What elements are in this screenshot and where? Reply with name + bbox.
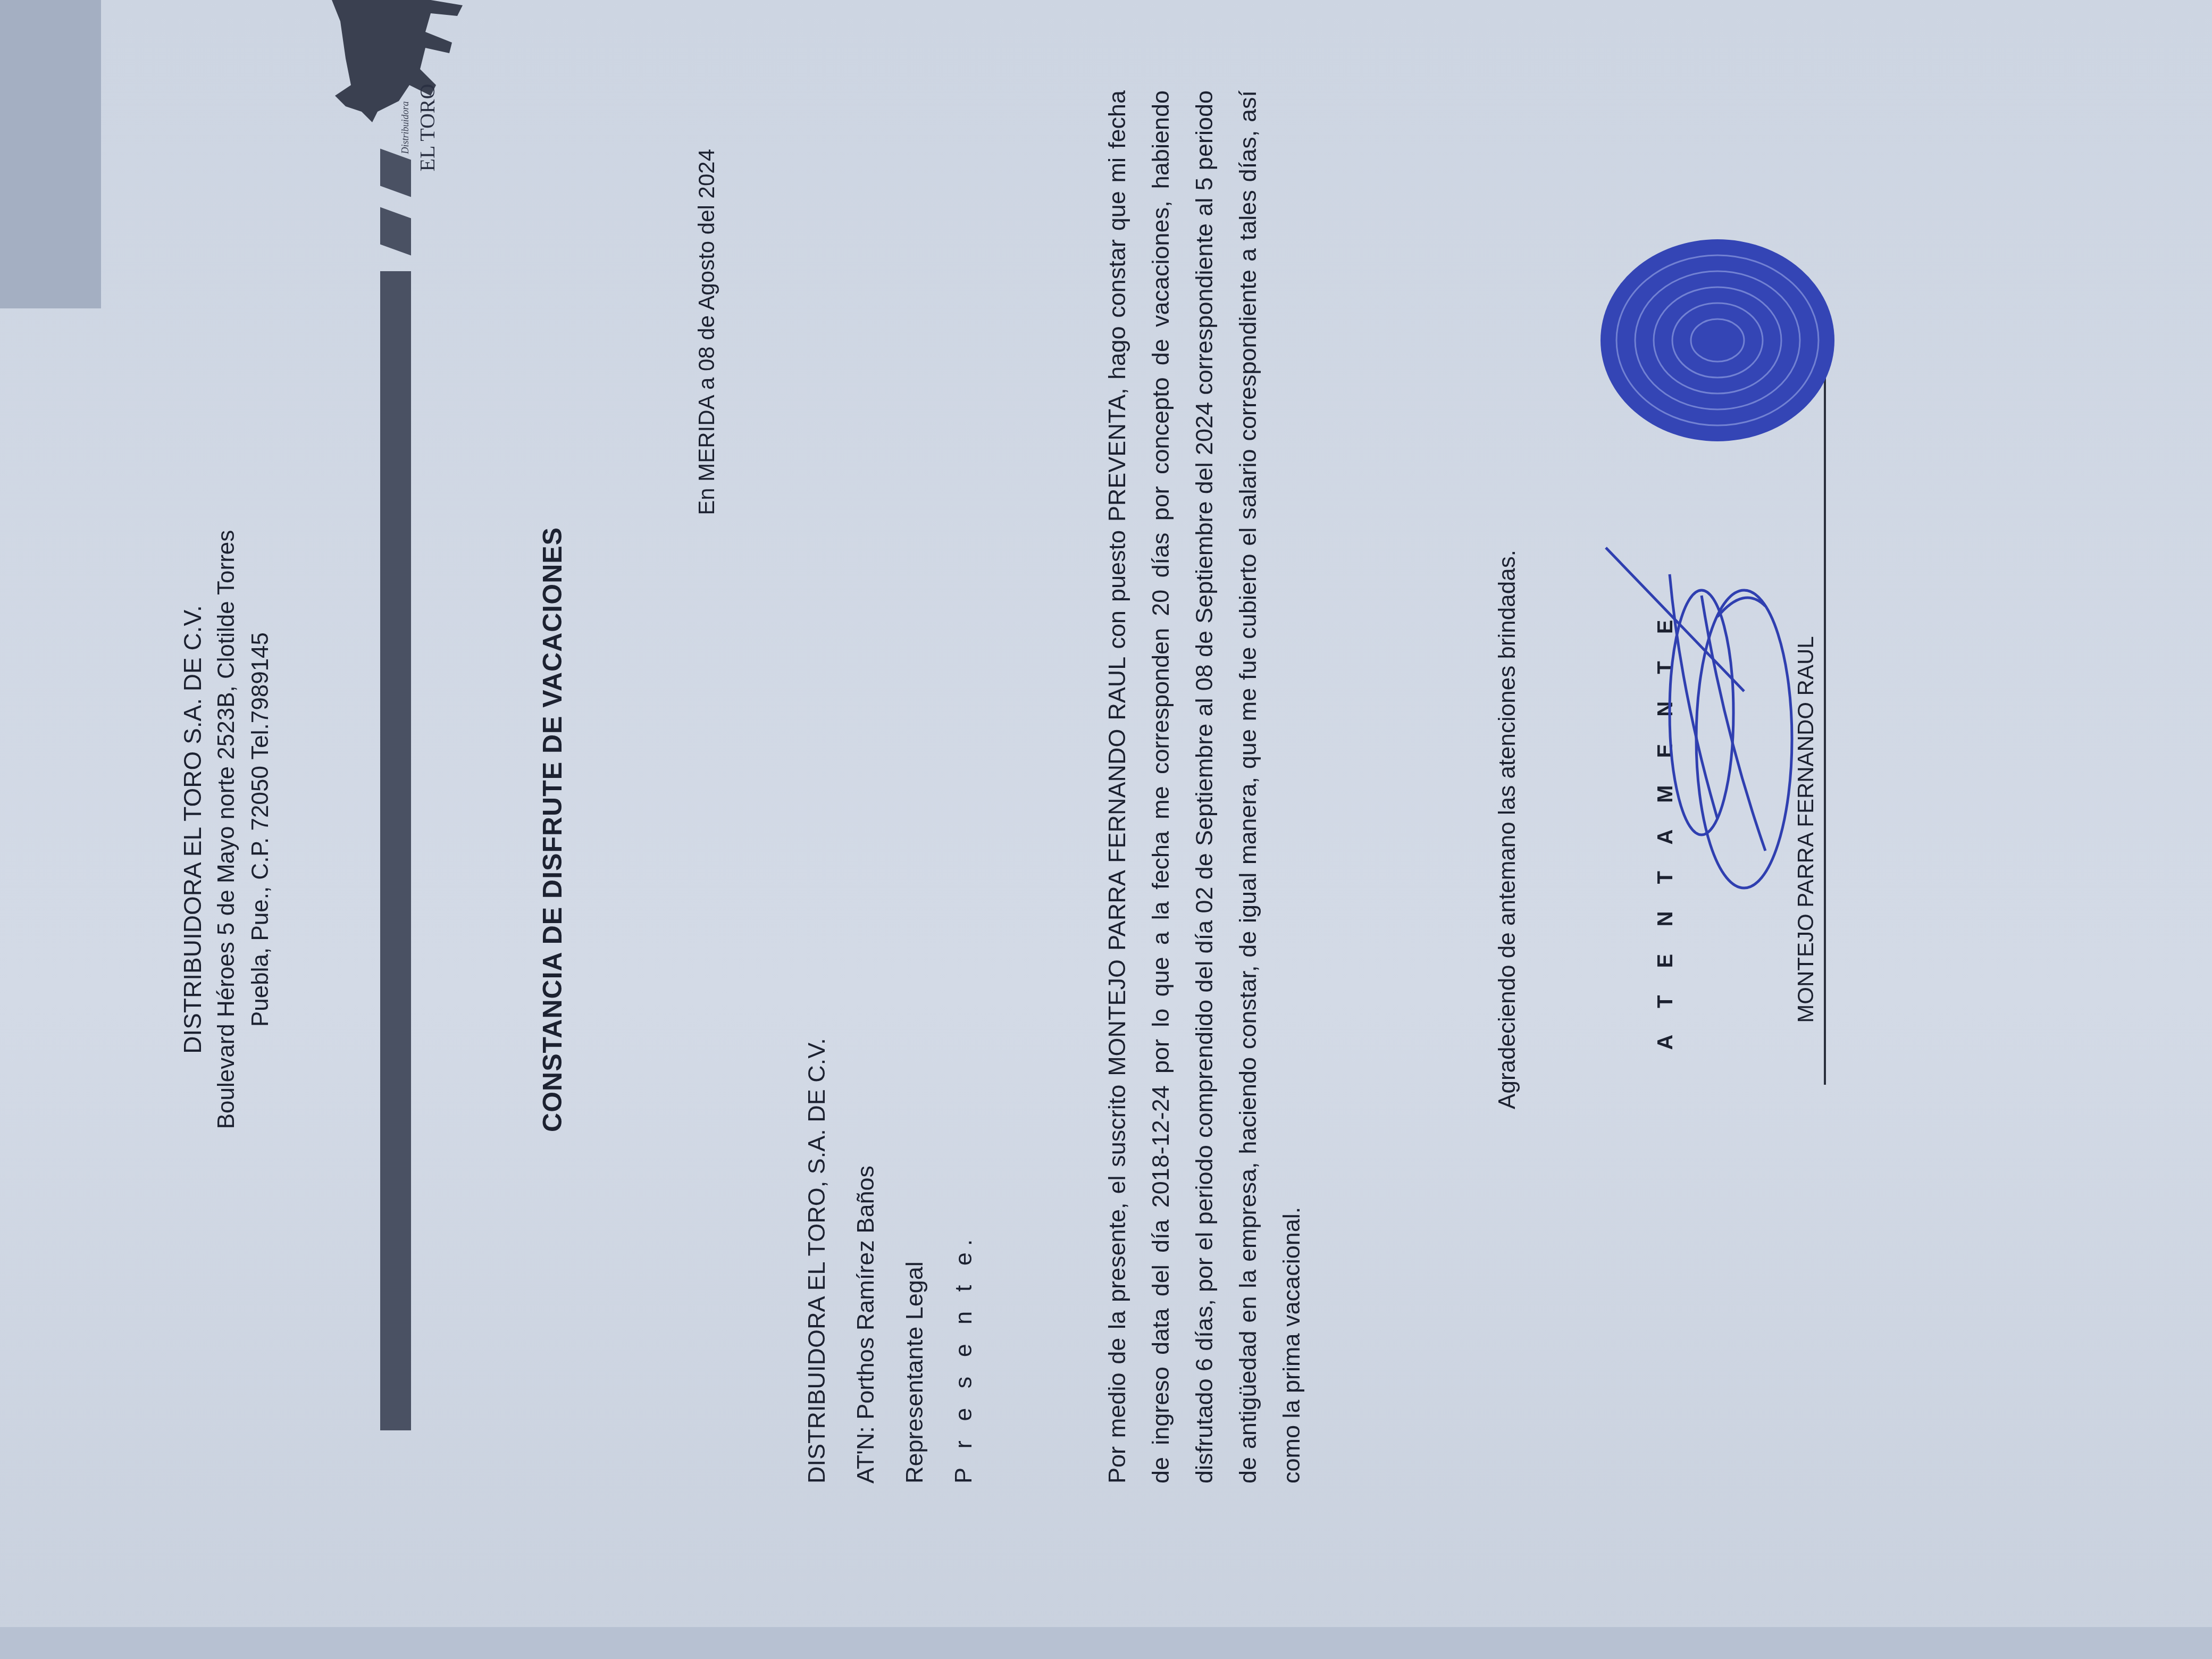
logo-subtitle: Distribuidora xyxy=(400,74,411,181)
letterhead-address: Boulevard Héroes 5 de Mayo norte 2523B, … xyxy=(210,0,244,1659)
fingerprint-icon xyxy=(1585,223,1840,457)
header-rule xyxy=(380,271,411,1430)
signature-icon xyxy=(1542,542,1840,915)
document-title: CONSTANCIA DE DISFRUTE DE VACACIONES xyxy=(537,0,568,1659)
letterhead-company: DISTRIBUIDORA EL TORO S.A. DE C.V. xyxy=(175,0,210,1659)
document-page: DISTRIBUIDORA EL TORO S.A. DE C.V. Boule… xyxy=(0,0,2212,1659)
decorative-frame-top xyxy=(0,0,101,308)
letterhead-city: Puebla, Pue., C.P. 72050 Tel.7989145 xyxy=(244,0,278,1659)
letterhead: DISTRIBUIDORA EL TORO S.A. DE C.V. Boule… xyxy=(175,0,278,1659)
addressee-block: DISTRIBUIDORA EL TORO, S.A. DE C.V. AT'N… xyxy=(792,1038,988,1484)
logo-name: EL TORO xyxy=(415,74,440,181)
closing-line: Agradeciendo de antemano las atenciones … xyxy=(1494,0,1521,1659)
addressee-role: Representante Legal xyxy=(890,1038,939,1484)
addressee-salutation: P r e s e n t e. xyxy=(939,1038,988,1484)
addressee-company: DISTRIBUIDORA EL TORO, S.A. DE C.V. xyxy=(792,1038,841,1484)
header-rule-slash xyxy=(380,207,411,255)
decorative-frame-left xyxy=(0,1627,2212,1659)
addressee-attention: AT'N: Porthos Ramírez Baños xyxy=(841,1038,890,1484)
body-paragraph: Por medio de la presente, el suscrito MO… xyxy=(1095,90,1313,1484)
bull-icon xyxy=(324,0,500,128)
date-line: En MERIDA a 08 de Agosto del 2024 xyxy=(694,149,719,515)
